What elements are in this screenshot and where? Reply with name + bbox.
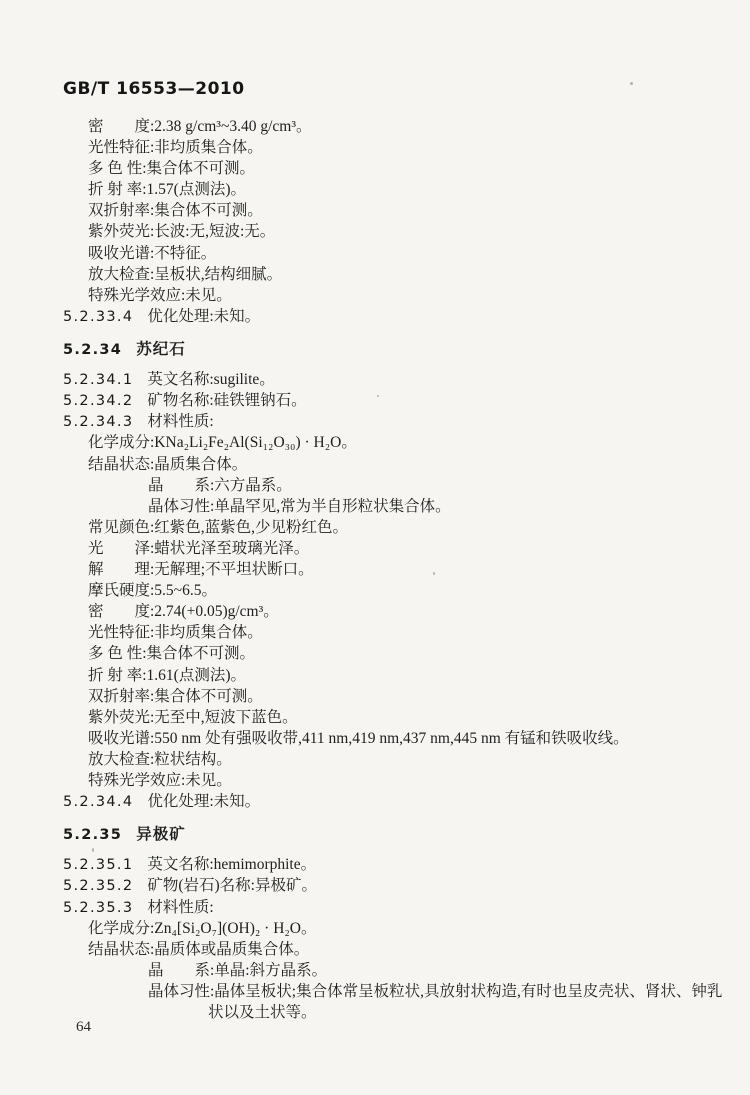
property-line: 结晶状态:晶质集合体。 (88, 455, 247, 474)
property-line: 吸收光谱:550 nm 处有强吸收带,411 nm,419 nm,437 nm,… (88, 729, 629, 748)
property-line: 双折射率:集合体不可测。 (88, 201, 263, 220)
property-line: 放大检查:呈板状,结构细腻。 (88, 265, 282, 284)
line-text: 晶 系:六方晶系。 (148, 477, 292, 494)
standard-number-header: GB/T 16553—2010 (63, 79, 245, 99)
property-line: 光性特征:非均质集合体。 (88, 623, 263, 642)
scan-speck (433, 572, 435, 575)
line-text: 状以及土状等。 (208, 1004, 317, 1021)
continuation-line: 状以及土状等。 (208, 1003, 317, 1022)
line-text: 常见颜色:红紫色,蓝紫色,少见粉红色。 (88, 519, 348, 536)
clause-number: 5.2.34.2 (63, 393, 133, 409)
scan-speck (92, 848, 94, 852)
clause-line: 5.2.35.2矿物(岩石)名称:异极矿。 (63, 876, 317, 896)
line-text: 多 色 性:集合体不可测。 (88, 160, 255, 177)
line-text: 多 色 性:集合体不可测。 (88, 645, 255, 662)
line-text: 折 射 率:1.57(点测法)。 (88, 181, 246, 198)
property-line: 折 射 率:1.57(点测法)。 (88, 180, 246, 199)
scan-speck (377, 395, 379, 397)
clause-number: 5.2.34 (63, 342, 122, 358)
clause-line: 5.2.33.4优化处理:未知。 (63, 307, 260, 327)
property-line: 光 泽:蜡状光泽至玻璃光泽。 (88, 539, 309, 558)
property-line: 吸收光谱:不特征。 (88, 244, 216, 263)
clause-number: 5.2.35.1 (63, 857, 133, 873)
property-line: 双折射率:集合体不可测。 (88, 687, 263, 706)
line-text: 材料性质: (147, 413, 213, 430)
line-text: 紫外荧光:无至中,短波下蓝色。 (88, 709, 298, 726)
line-text: 紫外荧光:长波:无,短波:无。 (88, 223, 275, 240)
property-line: 摩氏硬度:5.5~6.5。 (88, 581, 217, 600)
line-text: 光 泽:蜡状光泽至玻璃光泽。 (88, 540, 309, 557)
line-text: 矿物(岩石)名称:异极矿。 (147, 877, 317, 894)
clause-line: 5.2.35.3材料性质: (63, 898, 214, 918)
property-line: 多 色 性:集合体不可测。 (88, 644, 255, 663)
property-line: 特殊光学效应:未见。 (88, 286, 232, 305)
clause-number: 5.2.35.3 (63, 900, 133, 916)
property-line: 多 色 性:集合体不可测。 (88, 159, 255, 178)
property-line: 紫外荧光:无至中,短波下蓝色。 (88, 708, 298, 727)
property-line: 晶 系:六方晶系。 (148, 476, 292, 495)
property-line: 晶体习性:晶体呈板状;集合体常呈板粒状,具放射状构造,有时也呈皮壳状、肾状、钟乳 (148, 982, 722, 1001)
clause-number: 5.2.35 (63, 827, 122, 843)
property-line: 解 理:无解理;不平坦状断口。 (88, 560, 314, 579)
line-text: 放大检查:粒状结构。 (88, 751, 232, 768)
property-line: 常见颜色:红紫色,蓝紫色,少见粉红色。 (88, 518, 348, 537)
line-text: 光性特征:非均质集合体。 (88, 624, 263, 641)
property-line: 折 射 率:1.61(点测法)。 (88, 666, 246, 685)
line-text: 放大检查:呈板状,结构细腻。 (88, 266, 282, 283)
line-text: 结晶状态:晶质体或晶质集合体。 (88, 941, 309, 958)
clause-heading: 5.2.34苏纪石 (63, 340, 186, 360)
property-line: 化学成分:Zn₄[Si₂O₇](OH)₂ · H₂O。 (88, 919, 317, 938)
clause-number: 5.2.33.4 (63, 309, 133, 325)
clause-number: 5.2.34.4 (63, 794, 133, 810)
property-line: 晶 系:单晶:斜方晶系。 (148, 961, 327, 980)
line-text: 材料性质: (147, 899, 213, 916)
line-text: 化学成分:KNa₂Li₂Fe₂Al(Si₁₂O₃₀) · H₂O。 (88, 434, 357, 451)
property-line: 结晶状态:晶质体或晶质集合体。 (88, 940, 309, 959)
line-text: 苏纪石 (136, 340, 186, 358)
line-text: 英文名称:sugilite。 (147, 371, 274, 388)
line-text: 优化处理:未知。 (147, 793, 260, 810)
property-line: 光性特征:非均质集合体。 (88, 138, 263, 157)
property-line: 放大检查:粒状结构。 (88, 750, 232, 769)
line-text: 摩氏硬度:5.5~6.5。 (88, 582, 217, 599)
clause-number: 5.2.35.2 (63, 878, 133, 894)
line-text: 密 度:2.38 g/cm³~3.40 g/cm³。 (88, 118, 311, 135)
line-text: 光性特征:非均质集合体。 (88, 139, 263, 156)
clause-line: 5.2.34.1英文名称:sugilite。 (63, 370, 275, 390)
page-number: 64 (76, 1019, 91, 1036)
line-text: 晶体习性:单晶罕见,常为半自形粒状集合体。 (148, 498, 451, 515)
clause-line: 5.2.35.1英文名称:hemimorphite。 (63, 855, 316, 875)
property-line: 晶体习性:单晶罕见,常为半自形粒状集合体。 (148, 497, 451, 516)
clause-line: 5.2.34.4优化处理:未知。 (63, 792, 260, 812)
line-text: 晶体习性:晶体呈板状;集合体常呈板粒状,具放射状构造,有时也呈皮壳状、肾状、钟乳 (148, 983, 722, 1000)
line-text: 晶 系:单晶:斜方晶系。 (148, 962, 327, 979)
line-text: 双折射率:集合体不可测。 (88, 688, 263, 705)
line-text: 吸收光谱:550 nm 处有强吸收带,411 nm,419 nm,437 nm,… (88, 730, 629, 747)
line-text: 结晶状态:晶质集合体。 (88, 456, 247, 473)
line-text: 矿物名称:硅铁锂钠石。 (147, 392, 306, 409)
property-line: 紫外荧光:长波:无,短波:无。 (88, 222, 275, 241)
line-text: 解 理:无解理;不平坦状断口。 (88, 561, 314, 578)
line-text: 双折射率:集合体不可测。 (88, 202, 263, 219)
clause-line: 5.2.34.2矿物名称:硅铁锂钠石。 (63, 391, 307, 411)
line-text: 异极矿 (136, 825, 186, 843)
property-line: 特殊光学效应:未见。 (88, 771, 232, 790)
line-text: 密 度:2.74(+0.05)g/cm³。 (88, 603, 279, 620)
property-line: 化学成分:KNa₂Li₂Fe₂Al(Si₁₂O₃₀) · H₂O。 (88, 433, 357, 452)
property-line: 密 度:2.74(+0.05)g/cm³。 (88, 602, 279, 621)
line-text: 吸收光谱:不特征。 (88, 245, 216, 262)
line-text: 化学成分:Zn₄[Si₂O₇](OH)₂ · H₂O。 (88, 920, 317, 937)
clause-line: 5.2.34.3材料性质: (63, 412, 214, 432)
clause-number: 5.2.34.1 (63, 372, 133, 388)
line-text: 特殊光学效应:未见。 (88, 287, 232, 304)
clause-number: 5.2.34.3 (63, 414, 133, 430)
line-text: 折 射 率:1.61(点测法)。 (88, 667, 246, 684)
property-line: 密 度:2.38 g/cm³~3.40 g/cm³。 (88, 117, 311, 136)
line-text: 优化处理:未知。 (147, 308, 260, 325)
clause-heading: 5.2.35异极矿 (63, 825, 186, 845)
document-page: GB/T 16553—2010 密 度:2.38 g/cm³~3.40 g/cm… (0, 0, 750, 1095)
line-text: 特殊光学效应:未见。 (88, 772, 232, 789)
line-text: 英文名称:hemimorphite。 (147, 856, 316, 873)
scan-speck (630, 82, 633, 85)
